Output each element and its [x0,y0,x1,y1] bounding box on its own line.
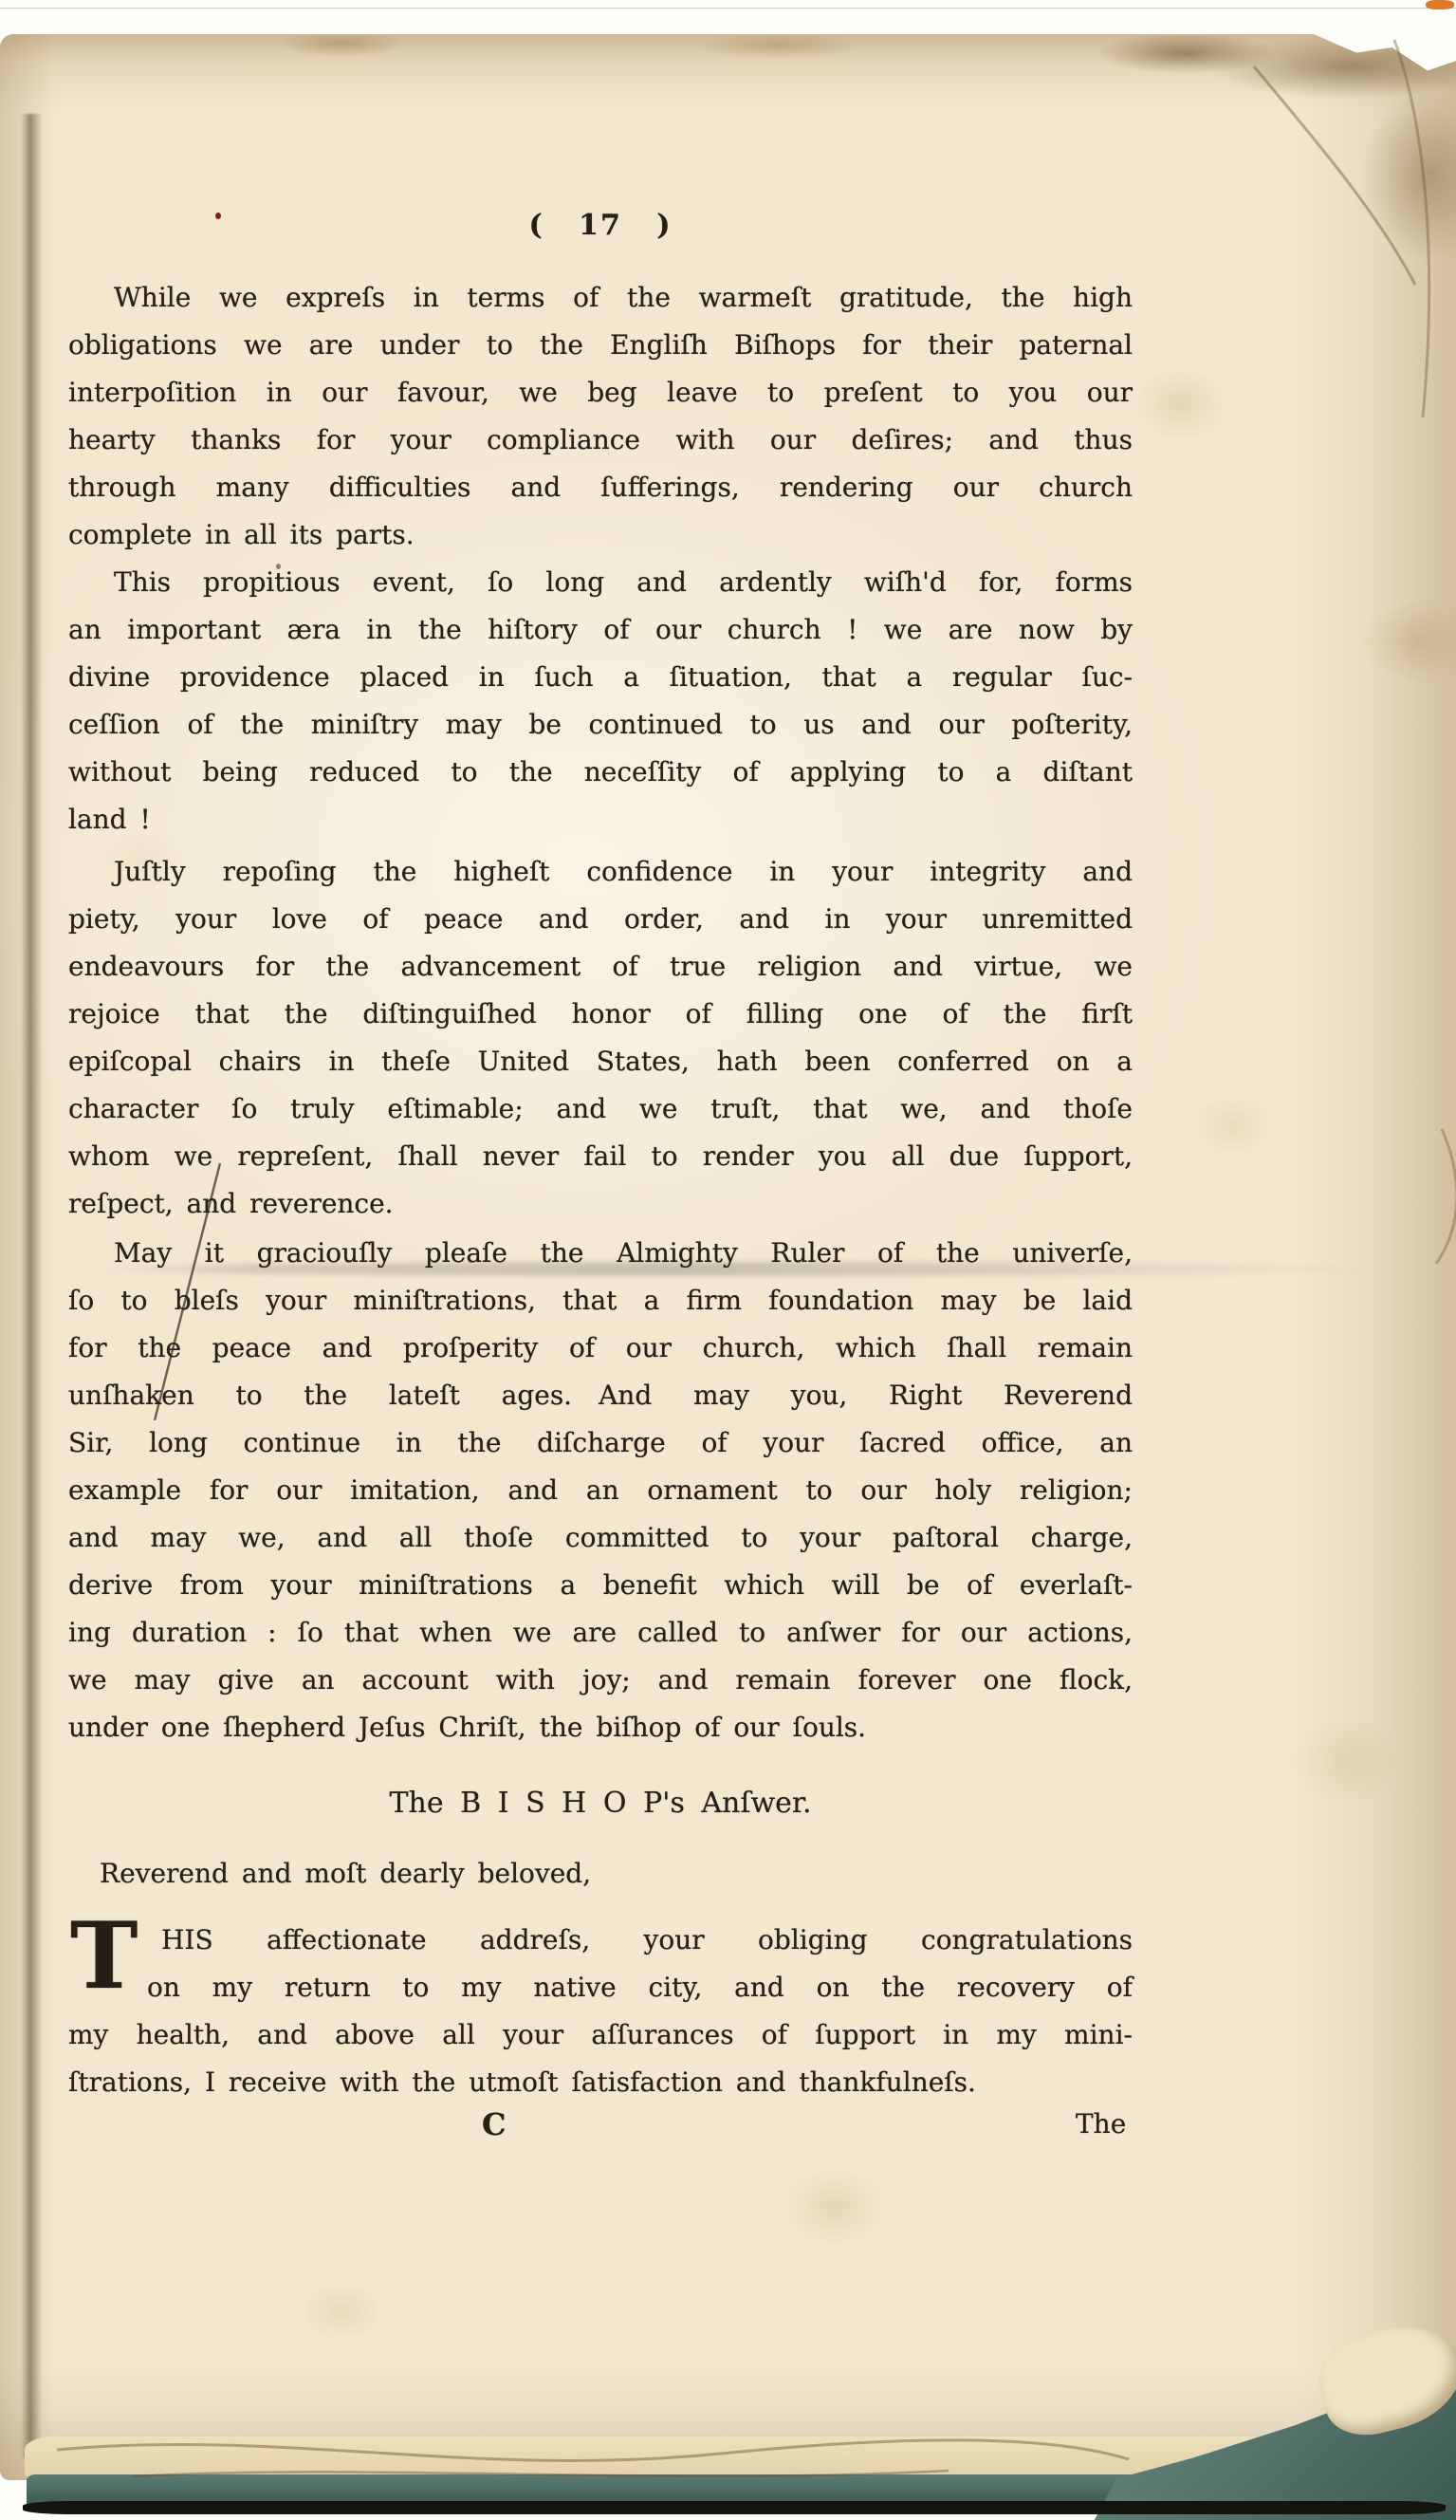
address-paragraph-3: Juſtly repoſing the higheſt confidence i… [68,848,1133,1228]
signature-catchword-row: C The [68,2101,1133,2148]
printed-text-layer: ( 17 ) While we expreſs in terms of the … [0,0,1456,2520]
text-line: under one ſhepherd Jeſus Chriſt, the biſ… [68,1704,1133,1751]
text-line: ceſſion of the miniſtry may be continued… [68,701,1133,749]
gathering-signature-mark: C [482,2101,506,2148]
text-line: Juſtly repoſing the higheſt confidence i… [68,848,1133,896]
text-line: my health, and above all your aſſurances… [68,2011,1133,2059]
text-line: derive from your miniſtrations a benefit… [68,1562,1133,1609]
text-column: While we expreſs in terms of the warmeſt… [68,274,1133,2148]
text-line: complete in all its parts. [68,511,1133,559]
text-line: While we expreſs in terms of the warmeſt… [68,274,1133,322]
catchword: The [1076,2101,1126,2148]
text-line: interpoſition in our favour, we beg leav… [68,369,1133,417]
text-line: endeavours for the advancement of true r… [68,943,1133,991]
text-line: ſtrations, I receive with the utmoſt ſat… [68,2059,1133,2106]
text-line: ing duration : ſo that when we are calle… [68,1609,1133,1657]
text-line: through many difficulties and ſufferings… [68,464,1133,511]
text-line: obligations we are under to the Engliſh … [68,322,1133,369]
drop-cap-initial: T [70,1911,138,2002]
text-line: hearty thanks for your compliance with o… [68,417,1133,464]
text-line: unſhaken to the lateſt ages. And may you… [68,1372,1133,1419]
text-line: we may give an account with joy; and rem… [68,1657,1133,1704]
salutation-line: Reverend and moſt dearly beloved, [68,1850,1133,1898]
text-line: whom we repreſent, ſhall never fail to r… [68,1133,1133,1180]
text-line: divine providence placed in ſuch a ſitua… [68,654,1133,701]
text-line: ſo to bleſs your miniſtrations, that a f… [68,1277,1133,1325]
text-line: piety, your love of peace and order, and… [68,896,1133,943]
text-line: This propitious event, ſo long and arden… [68,559,1133,606]
text-line: rejoice that the diſtinguiſhed honor of … [68,991,1133,1038]
document-scan: ( 17 ) While we expreſs in terms of the … [0,0,1456,2520]
text-line: and may we, and all thoſe committed to y… [68,1514,1133,1562]
address-paragraph-1: While we expreſs in terms of the warmeſt… [68,274,1133,559]
answer-paragraph: T HIS affectionate addreſs, your obligin… [68,1917,1133,2106]
text-line: May it graciouſly pleaſe the Almighty Ru… [68,1230,1133,1277]
text-line: on my return to my native city, and on t… [68,1964,1133,2011]
answer-section-heading: The B I S H O P's Anſwer. [68,1780,1133,1827]
text-line: an important æra in the hiſtory of our c… [68,606,1133,654]
text-line: example for our imitation, and an orname… [68,1467,1133,1514]
page-number: ( 17 ) [68,202,1133,250]
text-line: for the peace and proſperity of our chur… [68,1325,1133,1372]
address-paragraph-2: This propitious event, ſo long and arden… [68,559,1133,843]
address-paragraph-4: May it graciouſly pleaſe the Almighty Ru… [68,1230,1133,1751]
text-line: reſpect, and reverence. [68,1180,1133,1228]
text-line: character ſo truly eſtimable; and we tru… [68,1085,1133,1133]
text-line: epiſcopal chairs in theſe United States,… [68,1038,1133,1085]
text-line: Sir, long continue in the diſcharge of y… [68,1419,1133,1467]
text-line: without being reduced to the neceſſity o… [68,749,1133,796]
text-line: land ! [68,796,1133,843]
text-line: HIS affectionate addreſs, your obliging … [68,1917,1133,1964]
